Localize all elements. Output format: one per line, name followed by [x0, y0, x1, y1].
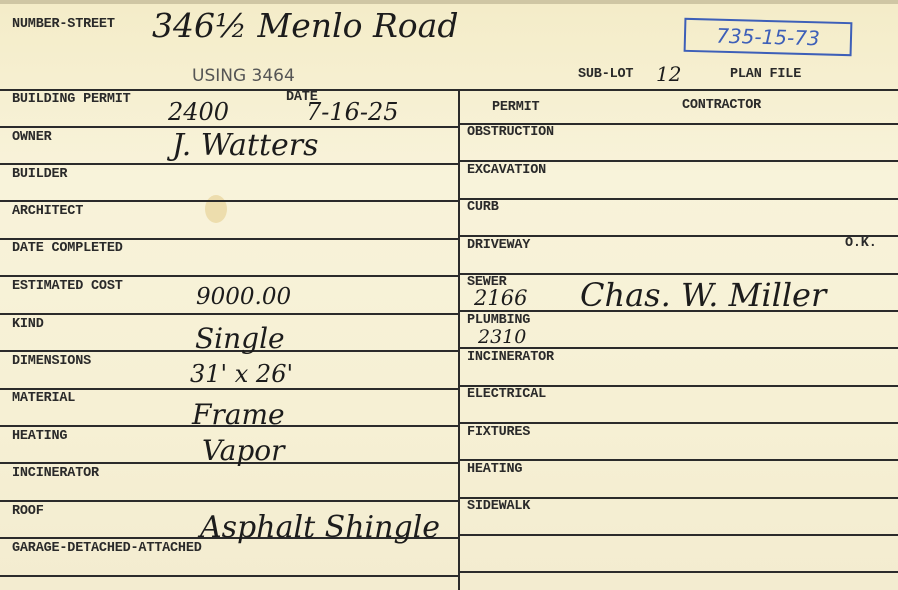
- number-street-label: NUMBER-STREET: [12, 17, 115, 32]
- estimated-cost-value: 9000.00: [196, 284, 291, 310]
- incinerator-label: INCINERATOR: [12, 466, 99, 481]
- garage-label: GARAGE-DETACHED-ATTACHED: [12, 541, 202, 556]
- heating-permit-label: HEATING: [467, 462, 522, 477]
- rule: [0, 388, 460, 390]
- driveway-contractor: O.K.: [845, 236, 877, 251]
- estimated-cost-label: ESTIMATED COST: [12, 279, 123, 294]
- rule: [0, 163, 460, 165]
- rule: [458, 571, 898, 573]
- kind-label: KIND: [12, 317, 44, 332]
- roof-value: Asphalt Shingle: [200, 510, 440, 545]
- incinerator-permit-label: INCINERATOR: [467, 350, 554, 365]
- number-street-value: 346½ Menlo Road: [152, 6, 458, 45]
- date-completed-label: DATE COMPLETED: [12, 241, 123, 256]
- kind-value: Single: [195, 322, 285, 355]
- permit-header: PERMIT: [492, 100, 539, 115]
- material-value: Frame: [192, 398, 285, 431]
- column-divider: [458, 89, 460, 590]
- heating-value: Vapor: [202, 434, 285, 467]
- rule: [0, 575, 460, 577]
- sewer-permit: 2166: [474, 286, 527, 310]
- architect-label: ARCHITECT: [12, 204, 83, 219]
- rule: [458, 534, 898, 536]
- roof-label: ROOF: [12, 504, 44, 519]
- card-top-edge: [0, 0, 898, 4]
- rule: [458, 235, 898, 237]
- builder-label: BUILDER: [12, 167, 67, 182]
- dimensions-value: 31' x 26': [190, 360, 293, 388]
- plan-file-label: PLAN FILE: [730, 67, 801, 82]
- permit-card: NUMBER-STREET 346½ Menlo Road USING 3464…: [0, 0, 898, 590]
- heating-label: HEATING: [12, 429, 67, 444]
- excavation-label: EXCAVATION: [467, 163, 546, 178]
- driveway-label: DRIVEWAY: [467, 238, 530, 253]
- owner-label: OWNER: [12, 130, 52, 145]
- contractor-header: CONTRACTOR: [682, 98, 761, 113]
- rule: [0, 238, 460, 240]
- curb-label: CURB: [467, 200, 499, 215]
- plumbing-permit: 2310: [478, 326, 526, 348]
- sub-lot-label: SUB-LOT: [578, 67, 633, 82]
- file-number-stamp: 735-15-73: [684, 18, 853, 56]
- sewer-contractor: Chas. W. Miller: [580, 276, 826, 314]
- obstruction-label: OBSTRUCTION: [467, 125, 554, 140]
- building-permit-label: BUILDING PERMIT: [12, 92, 131, 107]
- rule: [458, 422, 898, 424]
- using-note: USING 3464: [192, 66, 295, 86]
- building-permit-value: 2400: [168, 98, 229, 126]
- material-label: MATERIAL: [12, 391, 75, 406]
- dimensions-label: DIMENSIONS: [12, 354, 91, 369]
- rule: [0, 275, 460, 277]
- date-value: 7-16-25: [306, 98, 399, 126]
- electrical-label: ELECTRICAL: [467, 387, 546, 402]
- fixtures-label: FIXTURES: [467, 425, 530, 440]
- rule: [458, 273, 898, 275]
- owner-value: J. Watters: [172, 128, 318, 163]
- sub-lot-value: 12: [656, 62, 681, 86]
- rule: [458, 459, 898, 461]
- rule: [0, 500, 460, 502]
- rule: [458, 160, 898, 162]
- rule-top: [0, 89, 898, 91]
- sidewalk-label: SIDEWALK: [467, 499, 530, 514]
- rule: [0, 313, 460, 315]
- rule: [0, 200, 460, 202]
- rule: [458, 198, 898, 200]
